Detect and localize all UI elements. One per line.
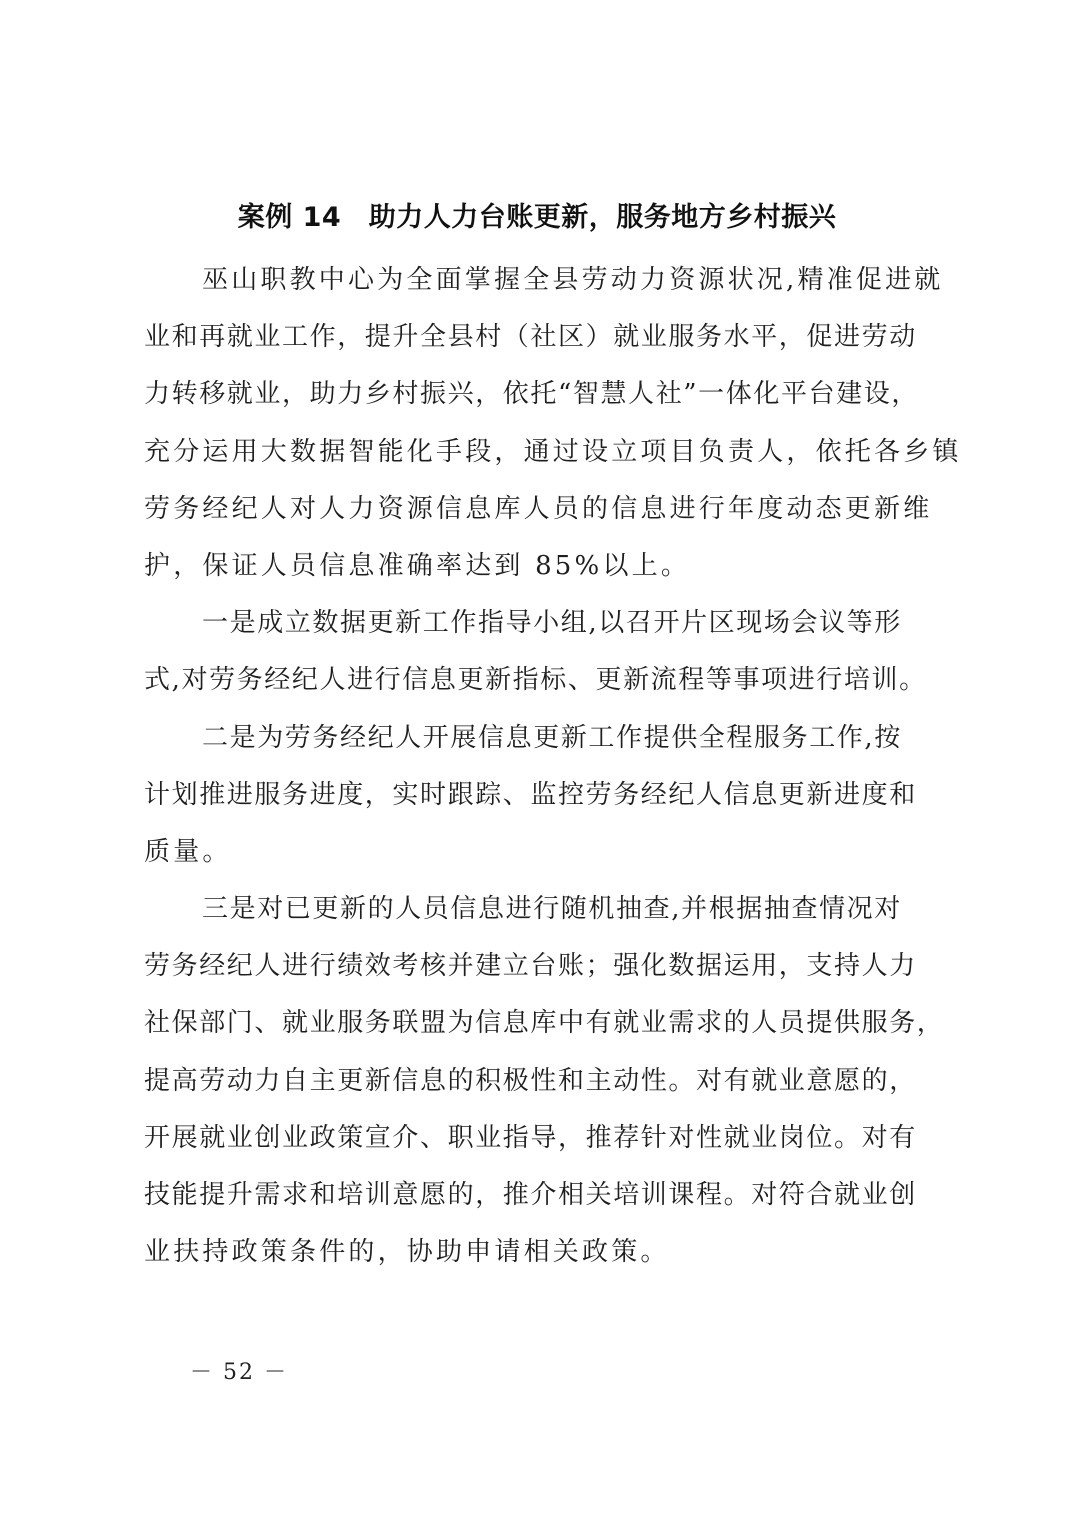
paragraph-point-two: 二是为劳务经纪人开展信息更新工作提供全程服务工作,按 计划推进服务进度，实时跟踪… <box>144 710 944 882</box>
text-line: 劳务经纪人对人力资源信息库人员的信息进行年度动态更新维 <box>144 481 944 538</box>
text-line: 业和再就业工作，提升全县村（社区）就业服务水平，促进劳动 <box>144 309 944 366</box>
paragraph-point-three: 三是对已更新的人员信息进行随机抽查,并根据抽查情况对 劳务经纪人进行绩效考核并建… <box>144 881 944 1281</box>
text-line: 充分运用大数据智能化手段，通过设立项目负责人，依托各乡镇 <box>144 424 944 481</box>
paragraph-intro: 巫山职教中心为全面掌握全县劳动力资源状况,精准促进就 业和再就业工作，提升全县村… <box>144 252 944 595</box>
page-number: － 52 － <box>190 1358 288 1388</box>
text-line: 式,对劳务经纪人进行信息更新指标、更新流程等事项进行培训。 <box>144 652 944 709</box>
body-text: 巫山职教中心为全面掌握全县劳动力资源状况,精准促进就 业和再就业工作，提升全县村… <box>144 252 944 1281</box>
text-line: 护，保证人员信息准确率达到 85%以上。 <box>144 538 944 595</box>
text-line: 业扶持政策条件的，协助申请相关政策。 <box>144 1224 944 1281</box>
text-line: 劳务经纪人进行绩效考核并建立台账；强化数据运用，支持人力 <box>144 938 944 995</box>
text-line: 技能提升需求和培训意愿的，推介相关培训课程。对符合就业创 <box>144 1167 944 1224</box>
paragraph-point-one: 一是成立数据更新工作指导小组,以召开片区现场会议等形 式,对劳务经纪人进行信息更… <box>144 595 944 709</box>
text-line: 质量。 <box>144 824 944 881</box>
text-line: 巫山职教中心为全面掌握全县劳动力资源状况,精准促进就 <box>144 252 944 309</box>
text-line: 提高劳动力自主更新信息的积极性和主动性。对有就业意愿的， <box>144 1053 944 1110</box>
text-line: 二是为劳务经纪人开展信息更新工作提供全程服务工作,按 <box>144 710 944 767</box>
text-line: 社保部门、就业服务联盟为信息库中有就业需求的人员提供服务， <box>144 995 944 1052</box>
text-line: 开展就业创业政策宣介、职业指导，推荐针对性就业岗位。对有 <box>144 1110 944 1167</box>
document-page: 案例 14 助力人力台账更新，服务地方乡村振兴 巫山职教中心为全面掌握全县劳动力… <box>0 0 1074 1520</box>
text-line: 一是成立数据更新工作指导小组,以召开片区现场会议等形 <box>144 595 944 652</box>
text-line: 力转移就业，助力乡村振兴，依托“智慧人社”一体化平台建设， <box>144 366 944 423</box>
text-line: 计划推进服务进度，实时跟踪、监控劳务经纪人信息更新进度和 <box>144 767 944 824</box>
case-title: 案例 14 助力人力台账更新，服务地方乡村振兴 <box>0 196 1074 240</box>
text-line: 三是对已更新的人员信息进行随机抽查,并根据抽查情况对 <box>144 881 944 938</box>
